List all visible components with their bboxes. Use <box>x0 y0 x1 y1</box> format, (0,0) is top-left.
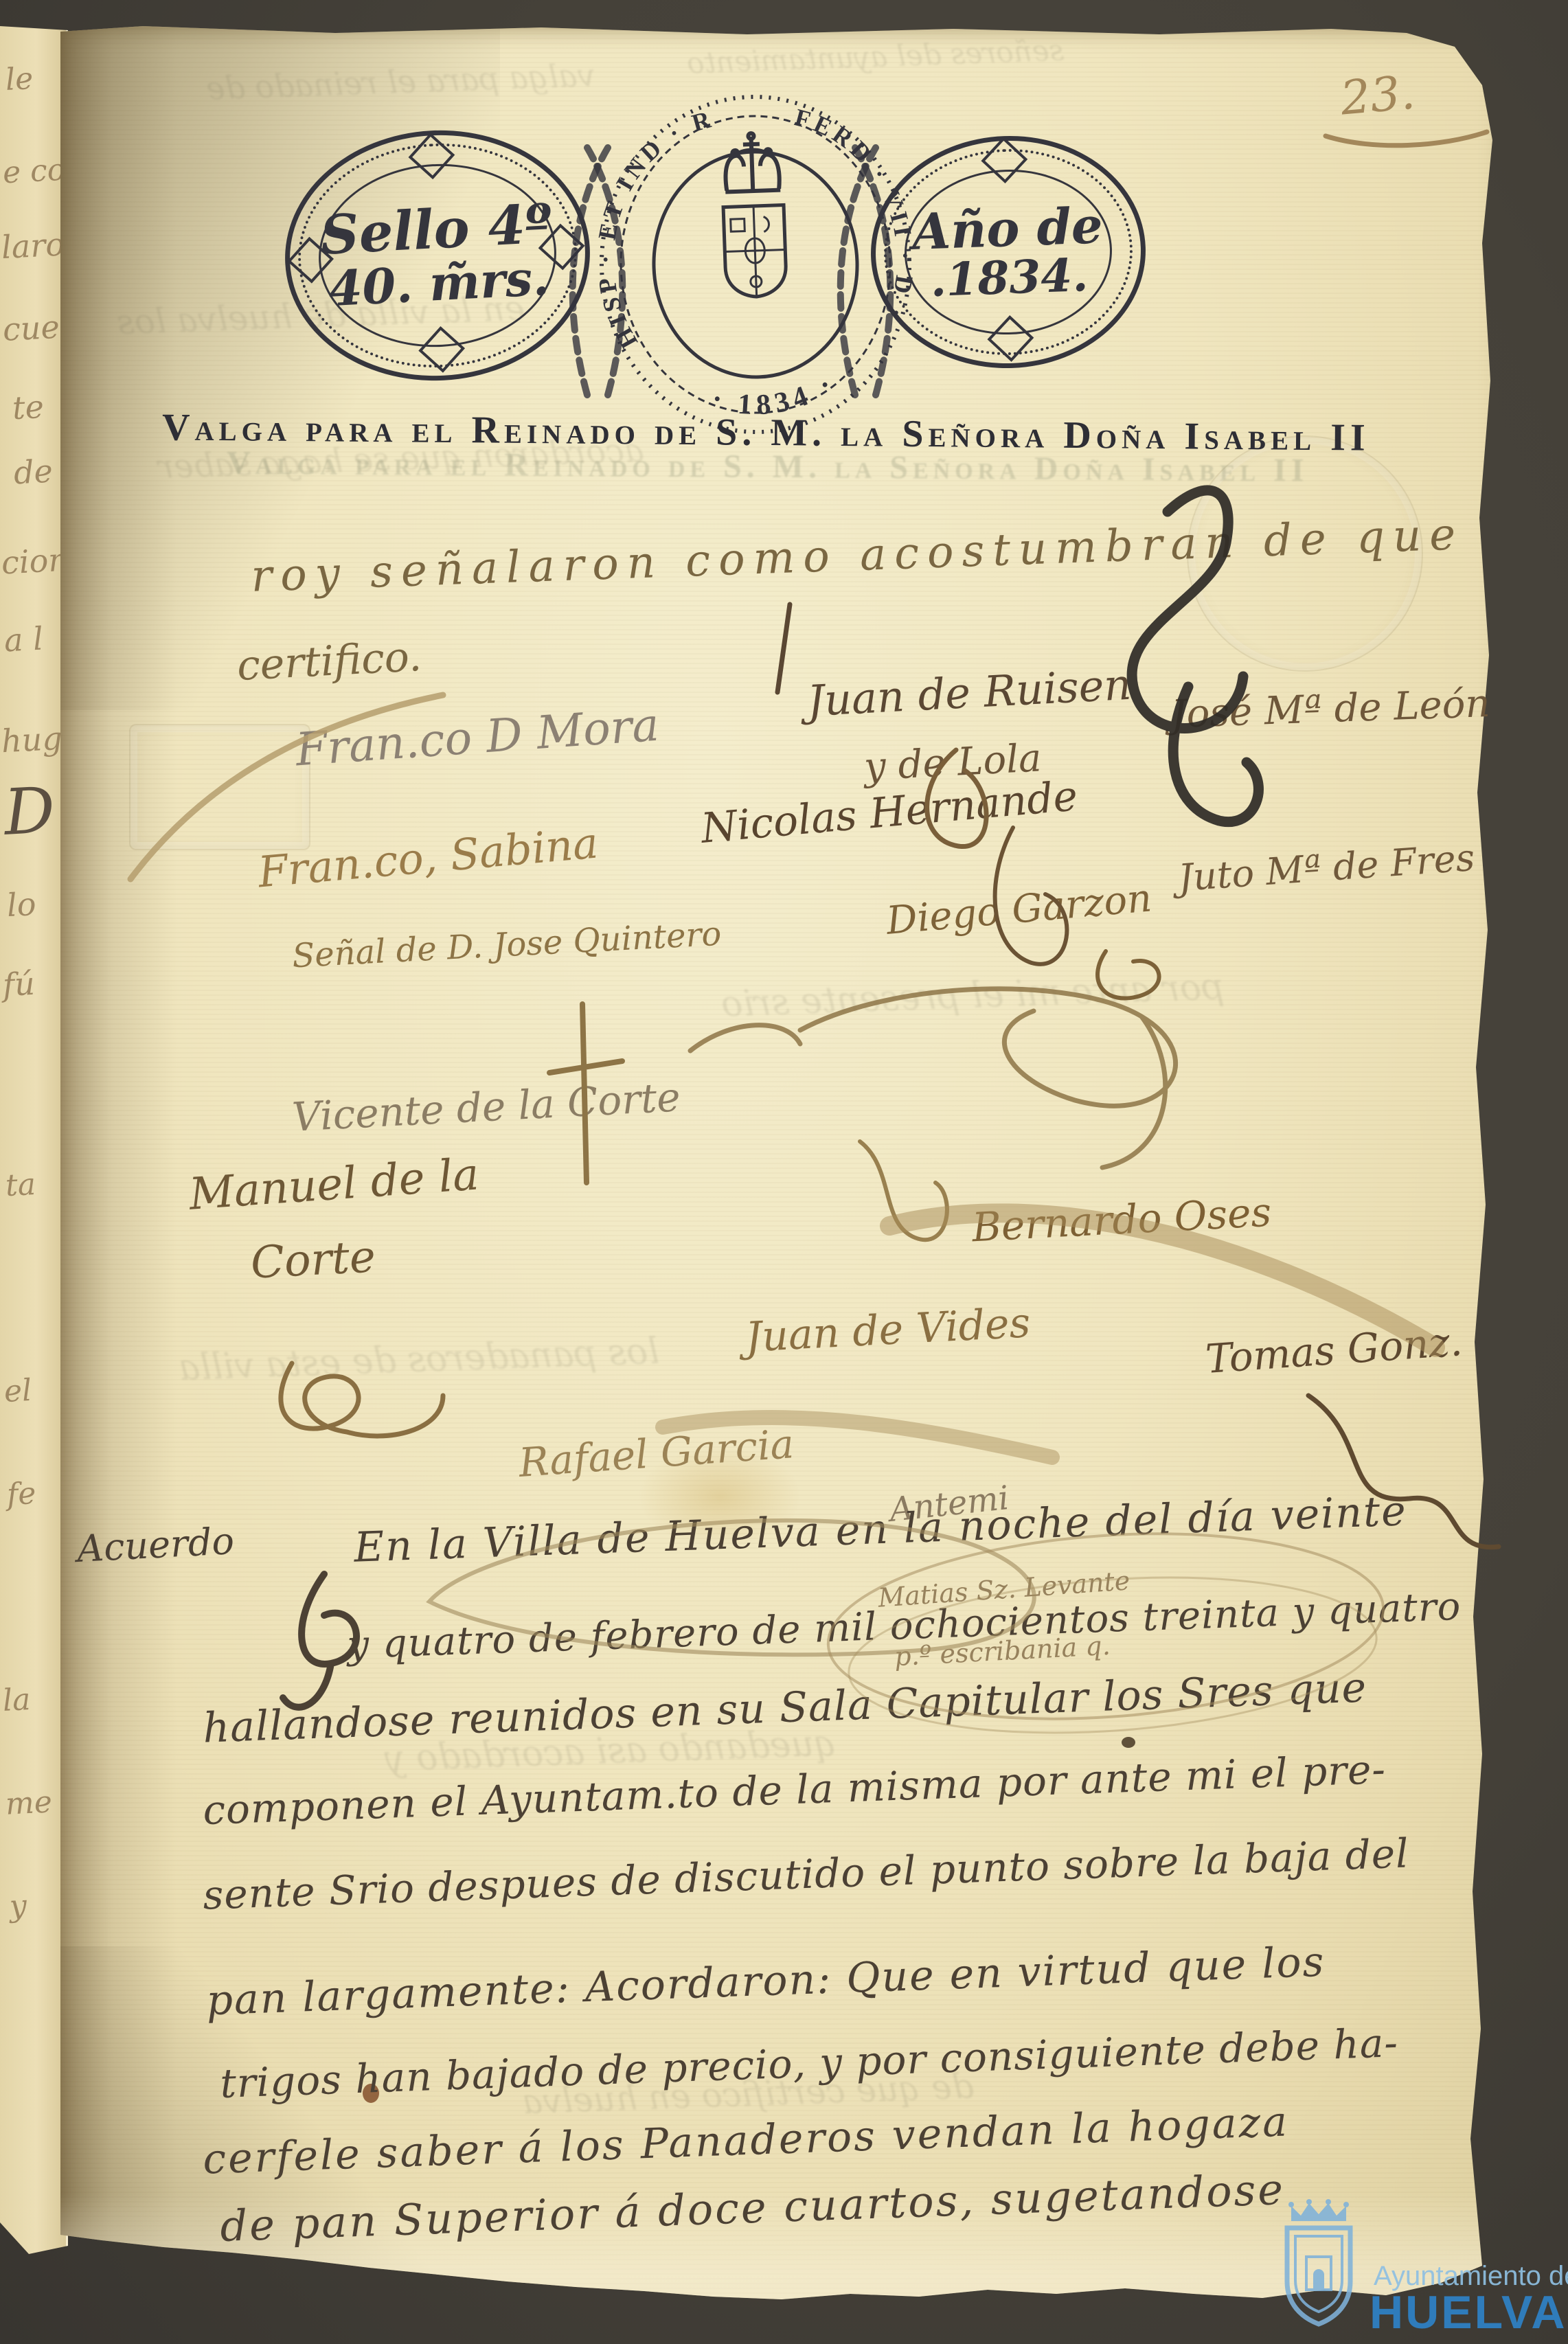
rubric-flourish <box>690 989 1176 1168</box>
page-number-underline <box>1326 132 1487 146</box>
rubric-flourish <box>283 1574 356 1707</box>
rubric-flourish <box>1098 951 1159 999</box>
witness-cross-icon <box>549 1004 622 1183</box>
rubric-flourish <box>927 750 986 847</box>
huelva-crest-watermark-icon <box>1276 2198 1362 2335</box>
pen-stroke <box>777 604 790 692</box>
ink-smear <box>663 1418 1052 1457</box>
ink-smear <box>889 1213 1435 1347</box>
pen-stroke <box>130 695 443 879</box>
rubric-flourish <box>281 1363 443 1436</box>
rubric-flourish <box>429 1521 1034 1654</box>
rubric-flourish <box>1308 1396 1499 1547</box>
rubric-flourish <box>1132 490 1258 822</box>
rubric-flourishes-layer <box>0 0 1568 2344</box>
notary-oval-flourish <box>843 1561 1381 1749</box>
notary-oval-flourish <box>822 1516 1389 1736</box>
photographed-manuscript-scene: le e co laron cuen te de cion a l hug D … <box>0 0 1568 2344</box>
watermark-text-huelva: HUELVA <box>1370 2286 1567 2339</box>
rubric-flourish <box>995 828 1067 964</box>
